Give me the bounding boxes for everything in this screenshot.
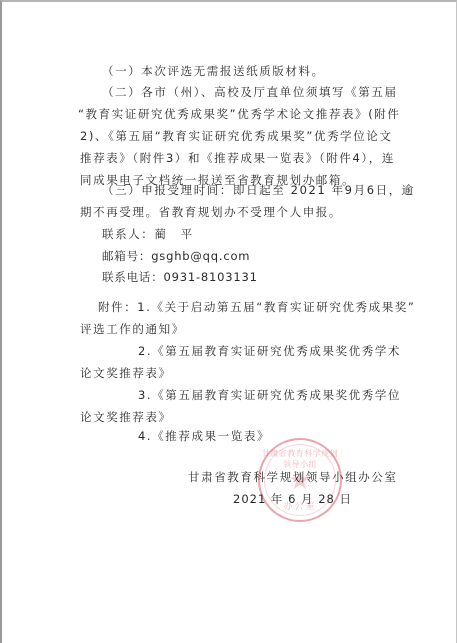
item-3-line-1: （三）申报受理时间：即日起至 2021 年9月6日，逾 (102, 183, 415, 197)
attachment-3-line-2: 论文奖推荐表》 (80, 410, 172, 424)
signature-date: 2021 年 6 月 28 日 (233, 492, 352, 506)
item-2-line-2: “教育实证研究优秀成果奖”优秀学术论文推荐表》(附件 (78, 107, 401, 121)
item-2-line-1: （二）各市（州）、高校及厅直单位须填写《第五届 (102, 85, 398, 99)
attachment-2-line-2: 论文奖推荐表》 (80, 366, 172, 380)
attachment-1-line-1: 附件：1.《关于启动第五届“教育实证研究优秀成果奖” (98, 300, 416, 314)
attachment-3-line-1: 3.《第五届教育实证研究优秀成果奖优秀学位 (138, 388, 401, 402)
document-page: （一）本次评选无需报送纸质版材料。 （二）各市（州）、高校及厅直单位须填写《第五… (0, 0, 457, 643)
contact-phone: 联系电话：0931-8103131 (102, 270, 258, 284)
item-1: （一）本次评选无需报送纸质版材料。 (102, 64, 325, 78)
item-3-line-2: 期不再受理。省教育规划办不受理个人申报。 (80, 205, 342, 219)
attachment-1-line-2: 评选工作的通知》 (80, 322, 185, 336)
signature-org: 甘肃省教育科学规划领导小组办公室 (188, 470, 398, 484)
contact-person: 联系人：蔺 平 (102, 227, 194, 241)
attachment-2-line-1: 2.《第五届教育实证研究优秀成果奖优秀学术 (138, 344, 401, 358)
item-2-line-4: 推荐表》（附件3）和《推荐成果一览表》（附件4），连 (80, 151, 395, 165)
contact-email: 邮箱号：gsghb@qq.com (102, 249, 250, 263)
item-2-line-3: 2)、《第五届“教育实证研究优秀成果奖”优秀学位论文 (80, 129, 393, 143)
attachment-4: 4.《推荐成果一览表》 (138, 429, 270, 443)
